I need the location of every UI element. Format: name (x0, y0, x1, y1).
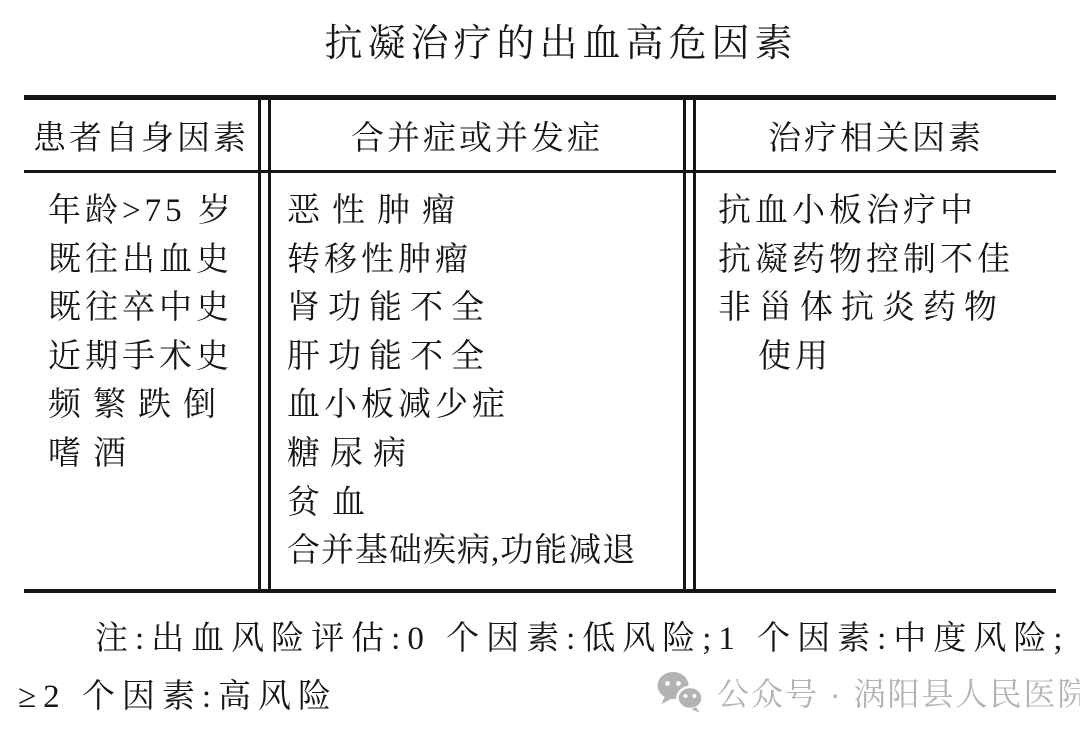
table-row: 肾功能不全 (271, 284, 683, 333)
table-row: 转移性肿瘤 (271, 236, 683, 285)
bleeding-risk-table: 患者自身因素 年龄>75 岁 既往出血史 既往卒中史 近期手术史 频繁跌倒 嗜酒… (24, 95, 1056, 593)
wechat-icon (656, 671, 704, 713)
table-row: 年龄>75 岁 (24, 187, 258, 236)
column-patient-factors: 患者自身因素 年龄>75 岁 既往出血史 既往卒中史 近期手术史 频繁跌倒 嗜酒 (24, 100, 258, 589)
table-row: 抗血小板治疗中 (696, 187, 1056, 236)
watermark-text: 公众号 · 涡阳县人民医院 (717, 669, 1080, 715)
column-body: 恶性肿瘤 转移性肿瘤 肾功能不全 肝功能不全 血小板减少症 糖尿病 贫血 合并基… (271, 187, 683, 576)
column-header: 合并症或并发症 (271, 100, 683, 170)
table-row: 贫血 (271, 479, 683, 528)
table-row: 恶性肿瘤 (271, 187, 683, 236)
column-body: 抗血小板治疗中 抗凝药物控制不佳 非甾体抗炎药物 使用 (696, 187, 1056, 381)
column-treatment-factors: 治疗相关因素 抗血小板治疗中 抗凝药物控制不佳 非甾体抗炎药物 使用 (696, 100, 1056, 589)
table-row-continuation: 使用 (696, 333, 1056, 382)
column-divider (258, 100, 271, 589)
column-comorbidities: 合并症或并发症 恶性肿瘤 转移性肿瘤 肾功能不全 肝功能不全 血小板减少症 糖尿… (271, 100, 683, 589)
page-title: 抗凝治疗的出血高危因素 (0, 18, 1080, 70)
column-body: 年龄>75 岁 既往出血史 既往卒中史 近期手术史 频繁跌倒 嗜酒 (24, 187, 258, 479)
table-row: 近期手术史 (24, 333, 258, 382)
table-row: 抗凝药物控制不佳 (696, 236, 1056, 285)
table-row: 血小板减少症 (271, 381, 683, 430)
column-header: 患者自身因素 (24, 100, 258, 170)
table-row: 既往卒中史 (24, 284, 258, 333)
table-row: 非甾体抗炎药物 (696, 284, 1056, 333)
header-separator-rule (24, 170, 1056, 173)
table-row: 肝功能不全 (271, 333, 683, 382)
table-row: 频繁跌倒 (24, 381, 258, 430)
footnote-line: 注:出血风险评估:0 个因素:低风险;1 个因素:中度风险; (18, 610, 1068, 668)
table-row: 合并基础疾病,功能减退 (271, 527, 683, 576)
column-header: 治疗相关因素 (696, 100, 1056, 170)
column-divider (683, 100, 696, 589)
watermark: 公众号 · 涡阳县人民医院 (656, 666, 1080, 718)
table-row: 既往出血史 (24, 236, 258, 285)
table-row: 糖尿病 (271, 430, 683, 479)
table-row: 嗜酒 (24, 430, 258, 479)
